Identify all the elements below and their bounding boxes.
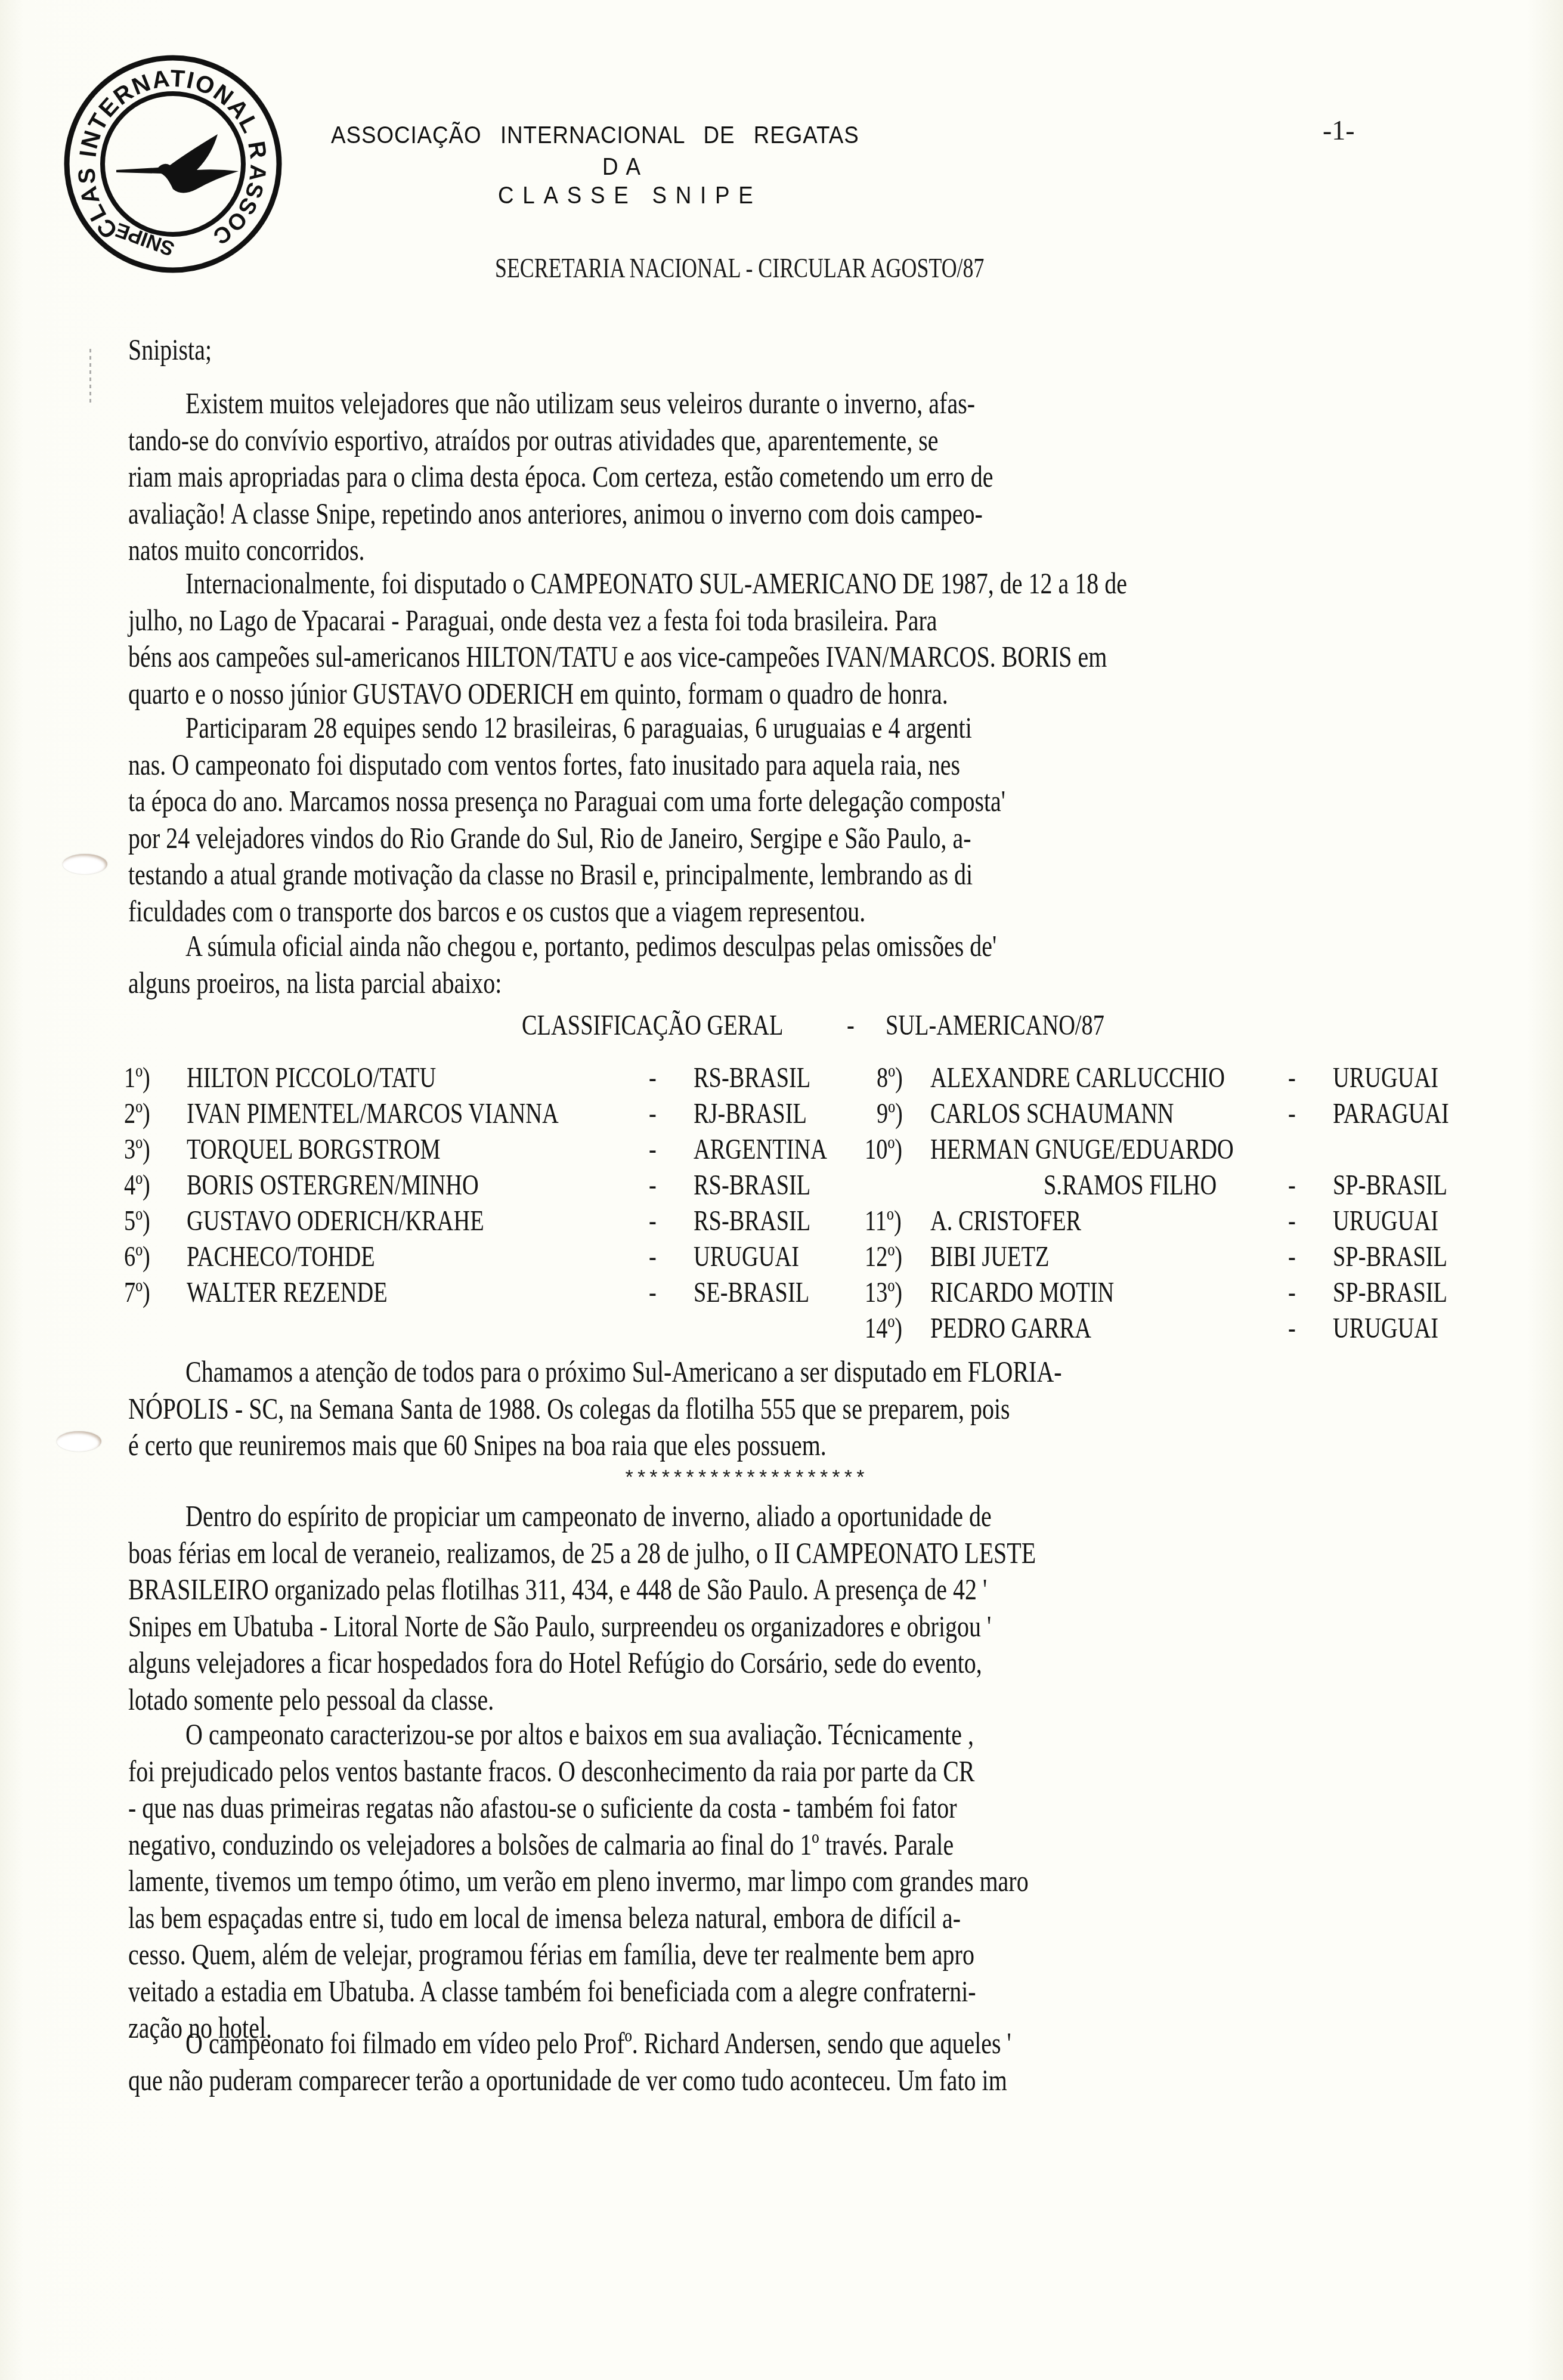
ranking-name: HILTON PICCOLO/TATU — [187, 1060, 436, 1096]
ranking-dash: - — [1288, 1096, 1296, 1132]
ranking-dash: - — [1288, 1239, 1296, 1275]
paragraph-5: Chamamos a atenção de todos para o próxi… — [128, 1354, 1467, 1464]
ranking-title-left: CLASSIFICAÇÃO GERAL — [522, 1008, 783, 1044]
ranking-dash: - — [649, 1275, 657, 1311]
text-line: quarto e o nosso júnior GUSTAVO ODERICH … — [128, 676, 1464, 713]
paragraph-8: O campeonato foi filmado em vídeo pelo P… — [128, 2025, 1467, 2099]
text-line: avaliação! A classe Snipe, repetindo ano… — [128, 496, 1464, 533]
text-line: Participaram 28 equipes sendo 12 brasile… — [128, 710, 1521, 747]
ranking-origin: RS-BRASIL — [694, 1203, 810, 1239]
text-line: testando a atual grande motivação da cla… — [128, 856, 1464, 893]
paragraph-2: Internacionalmente, foi disputado o CAMP… — [128, 565, 1467, 712]
scan-mark — [89, 349, 91, 406]
ranking-origin: SP-BRASIL — [1333, 1168, 1447, 1203]
text-line: NÓPOLIS - SC, na Semana Santa de 1988. O… — [128, 1391, 1464, 1428]
ranking-origin: PARAGUAI — [1333, 1096, 1449, 1132]
ranking-pos: 9º) — [877, 1096, 903, 1132]
ranking-origin: SP-BRASIL — [1333, 1275, 1447, 1311]
hole-punch-top — [63, 854, 107, 874]
text-line: foi prejudicado pelos ventos bastante fr… — [128, 1753, 1464, 1790]
text-line: O campeonato caracterizou-se por altos e… — [128, 1716, 1521, 1753]
org-name-line1: ASSOCIAÇÃO INTERNACIONAL DE REGATAS — [331, 122, 859, 149]
ranking-name: BORIS OSTERGREN/MINHO — [187, 1168, 479, 1203]
text-line: nas. O campeonato foi disputado com vent… — [128, 747, 1464, 784]
text-line: tando-se do convívio esportivo, atraídos… — [128, 422, 1464, 459]
ranking-pos: 11º) — [865, 1203, 902, 1239]
ranking-pos: 2º) — [124, 1096, 150, 1132]
text-line: béns aos campeões sul-americanos HILTON/… — [128, 639, 1464, 676]
circular-title: SECRETARIA NACIONAL - CIRCULAR AGOSTO/87 — [495, 252, 984, 284]
ranking-name: S.RAMOS FILHO — [1044, 1168, 1217, 1203]
text-line: Dentro do espírito de propiciar um campe… — [128, 1498, 1521, 1535]
ranking-origin: URUGUAI — [1333, 1203, 1438, 1239]
ranking-dash: - — [1288, 1060, 1296, 1096]
ranking-name: BIBI JUETZ — [930, 1239, 1049, 1275]
ranking-pos: 13º) — [865, 1275, 902, 1311]
text-line: Existem muitos velejadores que não utili… — [128, 385, 1521, 422]
text-line: é certo que reuniremos mais que 60 Snipe… — [128, 1427, 1464, 1464]
ranking-pos: 1º) — [124, 1060, 150, 1096]
ranking-title-sep: - — [847, 1008, 855, 1044]
ranking-pos: 3º) — [124, 1132, 150, 1168]
paragraph-7: O campeonato caracterizou-se por altos e… — [128, 1716, 1467, 2047]
ranking-pos: 12º) — [865, 1239, 902, 1275]
text-line: que não puderam comparecer terão a oport… — [128, 2062, 1464, 2099]
ranking-origin: RJ-BRASIL — [694, 1096, 807, 1132]
ranking-pos: 8º) — [877, 1060, 903, 1096]
ranking-origin: SP-BRASIL — [1333, 1239, 1447, 1275]
ranking-dash: - — [649, 1096, 657, 1132]
ranking-name: PEDRO GARRA — [930, 1311, 1091, 1347]
text-line: A súmula oficial ainda não chegou e, por… — [128, 928, 1521, 965]
ranking-name: HERMAN GNUGE/EDUARDO — [930, 1132, 1234, 1168]
section-separator: ******************** — [623, 1468, 866, 1491]
ranking-dash: - — [649, 1060, 657, 1096]
text-line: negativo, conduzindo os velejadores a bo… — [128, 1827, 1464, 1864]
paragraph-4: A súmula oficial ainda não chegou e, por… — [128, 928, 1467, 1001]
ranking-name: ALEXANDRE CARLUCCHIO — [930, 1060, 1225, 1096]
ranking-origin: URUGUAI — [694, 1239, 799, 1275]
text-line: BRASILEIRO organizado pelas flotilhas 31… — [128, 1571, 1464, 1608]
logo-ring-bottom: SNIPE — [113, 218, 178, 261]
text-line: julho, no Lago de Ypacarai - Paraguai, o… — [128, 602, 1464, 639]
ranking-pos: 4º) — [124, 1168, 150, 1203]
ranking-origin: RS-BRASIL — [694, 1168, 810, 1203]
org-name-line3: CLASSE SNIPE — [498, 182, 762, 209]
paragraph-1: Existem muitos velejadores que não utili… — [128, 385, 1467, 569]
ranking-dash: - — [649, 1168, 657, 1203]
ranking-dash: - — [649, 1132, 657, 1168]
ranking-dash: - — [1288, 1311, 1296, 1347]
ranking-pos: 6º) — [124, 1239, 150, 1275]
ranking-origin: URUGUAI — [1333, 1311, 1438, 1347]
text-line: Snipes em Ubatuba - Litoral Norte de São… — [128, 1608, 1464, 1645]
ranking-origin: RS-BRASIL — [694, 1060, 810, 1096]
text-line: por 24 velejadores vindos do Rio Grande … — [128, 820, 1464, 857]
salutation: Snipista; — [128, 332, 1464, 369]
text-line: Internacionalmente, foi disputado o CAMP… — [128, 565, 1521, 602]
ranking-dash: - — [1288, 1275, 1296, 1311]
org-name-line2: DA — [602, 154, 648, 181]
ranking-name: A. CRISTOFER — [930, 1203, 1081, 1239]
text-line: cesso. Quem, além de velejar, programou … — [128, 1936, 1464, 1973]
text-line: ficuldades com o transporte dos barcos e… — [128, 893, 1464, 930]
page-number: -1- — [1323, 114, 1355, 146]
ranking-name: PACHECO/TOHDE — [187, 1239, 375, 1275]
ranking-dash: - — [649, 1203, 657, 1239]
text-line: riam mais apropriadas para o clima desta… — [128, 459, 1464, 496]
text-line: O campeonato foi filmado em vídeo pelo P… — [128, 2025, 1521, 2062]
ranking-dash: - — [649, 1239, 657, 1275]
salutation-block: Snipista; — [128, 332, 1467, 369]
ranking-name: WALTER REZENDE — [187, 1275, 388, 1311]
text-line: veitado a estadia em Ubatuba. A classe t… — [128, 1973, 1464, 2010]
text-line: Chamamos a atenção de todos para o próxi… — [128, 1354, 1521, 1391]
text-line: alguns proeiros, na lista parcial abaixo… — [128, 965, 1464, 1002]
text-line: - que nas duas primeiras regatas não afa… — [128, 1790, 1464, 1827]
ranking-pos: 5º) — [124, 1203, 150, 1239]
ranking-name: TORQUEL BORGSTROM — [187, 1132, 441, 1168]
ranking-name: IVAN PIMENTEL/MARCOS VIANNA — [187, 1096, 559, 1132]
text-line: lotado somente pelo pessoal da classe. — [128, 1682, 1464, 1719]
ranking-dash: - — [1288, 1203, 1296, 1239]
text-line: lamente, tivemos um tempo ótimo, um verã… — [128, 1863, 1464, 1900]
text-line: boas férias em local de veraneio, realiz… — [128, 1535, 1464, 1572]
paragraph-3: Participaram 28 equipes sendo 12 brasile… — [128, 710, 1467, 930]
ranking-pos: 7º) — [124, 1275, 150, 1311]
text-line: natos muito concorridos. — [128, 532, 1464, 569]
ranking-origin: URUGUAI — [1333, 1060, 1438, 1096]
ranking-pos: 14º) — [865, 1311, 902, 1347]
ranking-title-right: SUL-AMERICANO/87 — [886, 1008, 1104, 1044]
paragraph-6: Dentro do espírito de propiciar um campe… — [128, 1498, 1467, 1718]
ranking-dash: - — [1288, 1168, 1296, 1203]
ranking-pos: 10º) — [865, 1132, 902, 1168]
snipe-class-logo-icon: INTERNATIONAL RACING CLASS ASSOCIATION S… — [63, 51, 283, 277]
snipe-bird-icon — [116, 134, 239, 193]
ranking-name: RICARDO MOTIN — [930, 1275, 1114, 1311]
text-line: ta época do ano. Marcamos nossa presença… — [128, 783, 1464, 820]
ranking-name: CARLOS SCHAUMANN — [930, 1096, 1174, 1132]
text-line: las bem espaçadas entre si, tudo em loca… — [128, 1900, 1464, 1937]
ranking-origin: SE-BRASIL — [694, 1275, 809, 1311]
ranking-origin: ARGENTINA — [694, 1132, 827, 1168]
text-line: alguns velejadores a ficar hospedados fo… — [128, 1645, 1464, 1682]
ranking-name: GUSTAVO ODERICH/KRAHE — [187, 1203, 484, 1239]
hole-punch-bottom — [57, 1431, 101, 1451]
